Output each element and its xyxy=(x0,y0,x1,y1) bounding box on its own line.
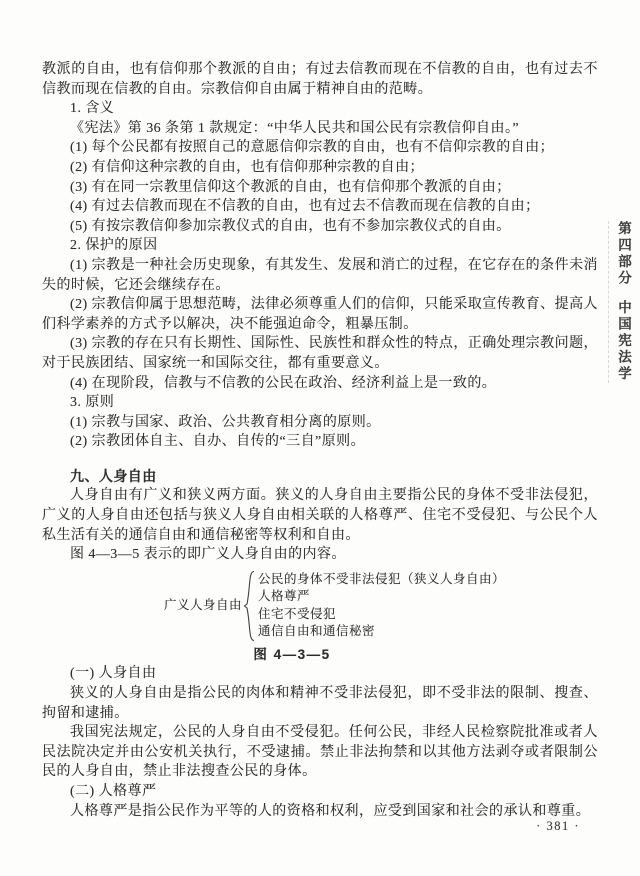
figure-item-residence: 住宅不受侵犯 xyxy=(258,606,505,624)
part-tab-vertical: 第四部分中国宪法学 xyxy=(608,221,633,383)
figure-item-dignity: 人格尊严 xyxy=(258,588,505,606)
part-tab-subject-label: 中国宪法学 xyxy=(613,300,633,383)
book-page: 教派的自由，也有信仰那个教派的自由；有过去信教而现在不信教的自由，也有过去不信教… xyxy=(0,0,640,876)
page-content: 教派的自由，也有信仰那个教派的自由；有过去信教而现在不信教的自由，也有过去不信教… xyxy=(42,60,598,821)
religion-protection-item-4: (4) 在现阶段，信教与不信教的公民在政治、经济利益上是一致的。 xyxy=(42,374,598,394)
religion-constitution-line: 《宪法》第 36 条第 1 款规定：“中华人民共和国公民有宗教信仰自由。” xyxy=(42,119,598,139)
figure-4-3-5: 广义人身自由 公民的身体不受非法侵犯（狭义人身自由） 人格尊严 住宅不受侵犯 通… xyxy=(42,570,598,665)
religion-meaning-heading: 1. 含义 xyxy=(42,99,598,119)
subsection-heading-dignity: (二) 人格尊严 xyxy=(42,782,598,802)
religion-principles-item-2: (2) 宗教团体自主、自办、自传的“三自”原则。 xyxy=(42,432,598,452)
religion-principles-item-1: (1) 宗教与国家、政治、公共教育相分离的原则。 xyxy=(42,413,598,433)
religion-protection-item-1: (1) 宗教是一种社会历史现象，有其发生、发展和消亡的过程，在它存在的条件未消失… xyxy=(42,256,598,295)
figure-caption: 图 4—3—5 xyxy=(202,645,382,665)
dignity-para-1: 人格尊严是指公民作为平等的人的资格和权利，应受到国家和社会的承认和尊重。 xyxy=(42,802,598,822)
religion-meaning-item-1: (1) 每个公民都有按照自己的意愿信仰宗教的自由，也有不信仰宗教的自由； xyxy=(42,138,598,158)
figure-root-label: 广义人身自由 xyxy=(164,596,242,616)
religion-meaning-item-4: (4) 有过去信教而现在不信教的自由，也有过去不信教而现在信教的自由； xyxy=(42,197,598,217)
figure-item-correspondence: 通信自由和通信秘密 xyxy=(258,623,505,641)
figure-item-list: 公民的身体不受非法侵犯（狭义人身自由） 人格尊严 住宅不受侵犯 通信自由和通信秘… xyxy=(258,571,505,641)
section-heading-personal-freedom: 九、人身自由 xyxy=(42,467,598,487)
personal-freedom-para-1: 狭义的人身自由是指公民的肉体和精神不受非法侵犯，即不受非法的限制、搜查、拘留和逮… xyxy=(42,684,598,723)
figure-item-body: 公民的身体不受非法侵犯（狭义人身自由） xyxy=(258,571,505,589)
religion-meaning-item-3: (3) 有在同一宗教里信仰这个教派的自由，也有信仰那个教派的自由； xyxy=(42,178,598,198)
subsection-heading-personal-freedom: (一) 人身自由 xyxy=(42,664,598,684)
religion-meaning-item-2: (2) 有信仰这种宗教的自由，也有信仰那种宗教的自由； xyxy=(42,158,598,178)
religion-protection-heading: 2. 保护的原因 xyxy=(42,236,598,256)
page-number: · 381 · xyxy=(536,819,580,834)
curly-brace-icon xyxy=(243,570,255,642)
figure-intro-line: 图 4—3—5 表示的即广义人身自由的内容。 xyxy=(42,545,598,565)
religion-protection-item-3: (3) 宗教的存在只有长期性、国际性、民族性和群众性的特点，正确处理宗教问题，对… xyxy=(42,334,598,373)
body-paragraph-continuation: 教派的自由，也有信仰那个教派的自由；有过去信教而现在不信教的自由，也有过去不信教… xyxy=(42,60,598,99)
religion-meaning-item-5: (5) 有按宗教信仰参加宗教仪式的自由，也有不参加宗教仪式的自由。 xyxy=(42,217,598,237)
religion-principles-heading: 3. 原则 xyxy=(42,393,598,413)
figure-brace-diagram: 广义人身自由 公民的身体不受非法侵犯（狭义人身自由） 人格尊严 住宅不受侵犯 通… xyxy=(164,570,598,642)
personal-freedom-para-2: 我国宪法规定，公民的人身自由不受侵犯。任何公民，非经人民检察院批准或者人民法院决… xyxy=(42,723,598,782)
part-tab-part-label: 第四部分 xyxy=(613,221,633,287)
religion-protection-item-2: (2) 宗教信仰属于思想范畴，法律必须尊重人们的信仰，只能采取宣传教育、提高人们… xyxy=(42,295,598,334)
personal-freedom-intro: 人身自由有广义和狭义两方面。狭义的人身自由主要指公民的身体不受非法侵犯，广义的人… xyxy=(42,486,598,545)
